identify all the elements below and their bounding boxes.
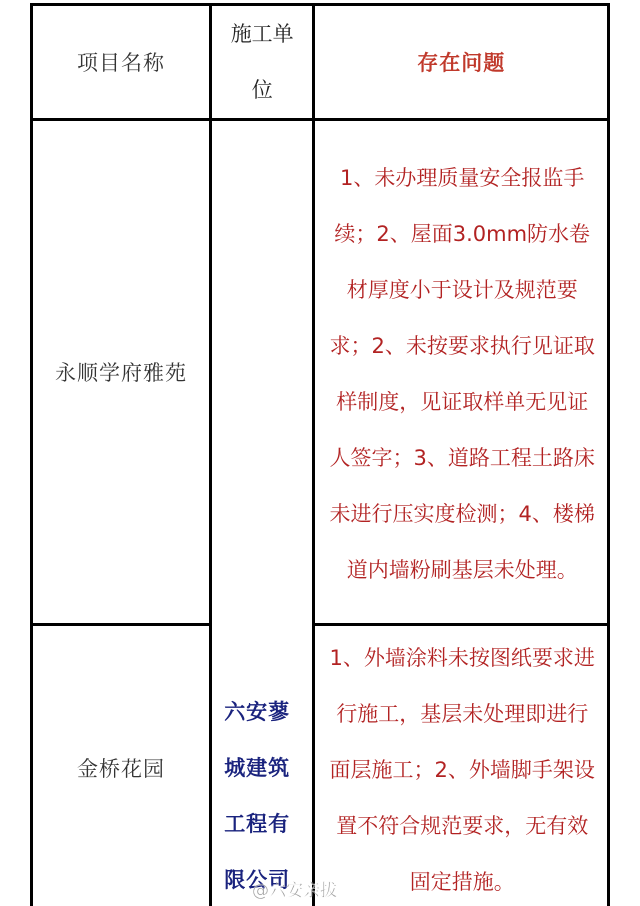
project-name: 金桥花园 (77, 757, 165, 781)
project-name-cell: 金桥花园 (32, 625, 211, 906)
header-construction-unit: 施工单位 (210, 5, 314, 120)
project-name-cell: 永顺学府雅苑 (32, 120, 211, 625)
issues-text: 1、外墙涂料未按图纸要求进行施工，基层未处理即进行面层施工；2、外墙脚手架设置不… (327, 626, 597, 906)
table-row: 永顺学府雅苑 六安蓼城建筑工程有限公司 1、未办理质量安全报监手续；2、屋面3.… (32, 120, 609, 625)
project-name: 永顺学府雅苑 (55, 361, 187, 385)
issues-cell: 1、外墙涂料未按图纸要求进行施工，基层未处理即进行面层施工；2、外墙脚手架设置不… (314, 625, 609, 906)
table-row: 金桥花园 1、外墙涂料未按图纸要求进行施工，基层未处理即进行面层施工；2、外墙脚… (32, 625, 609, 906)
construction-unit-cell: 六安蓼城建筑工程有限公司 (210, 120, 314, 906)
watermark: @六安亲拔 (252, 876, 337, 901)
inspection-issues-table: 项目名称 施工单位 存在问题 永顺学府雅苑 六安蓼城建筑工程有限公司 1、未办理… (30, 3, 610, 906)
header-project-name: 项目名称 (32, 5, 211, 120)
issues-text: 1、未办理质量安全报监手续；2、屋面3.0mm防水卷材厚度小于设计及规范要求；2… (327, 146, 597, 598)
header-issues: 存在问题 (314, 5, 609, 120)
header-issues-label: 存在问题 (417, 51, 505, 75)
construction-unit: 六安蓼城建筑工程有限公司 (224, 684, 300, 906)
header-construction-unit-label: 施工单位 (227, 6, 297, 118)
header-project-name-label: 项目名称 (77, 51, 165, 75)
table-header-row: 项目名称 施工单位 存在问题 (32, 5, 609, 120)
issues-cell: 1、未办理质量安全报监手续；2、屋面3.0mm防水卷材厚度小于设计及规范要求；2… (314, 120, 609, 625)
